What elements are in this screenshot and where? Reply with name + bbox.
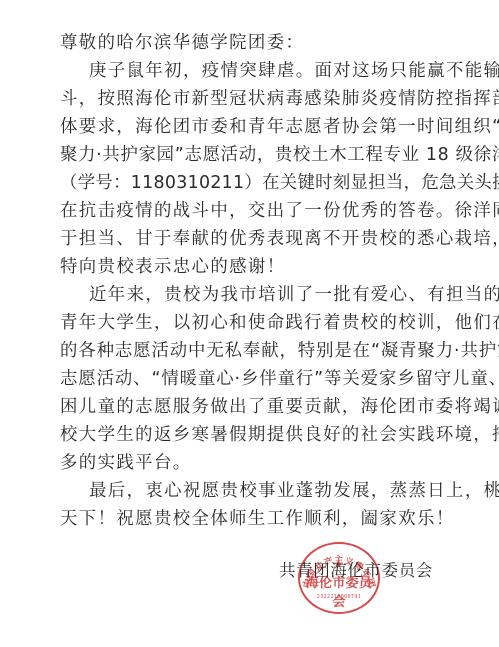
paragraph-1-line-2: 斗，按照海伦市新型冠状病毒感染肺炎疫情防控指挥部的总: [60, 85, 440, 113]
paragraph-1-line-8: 特向贵校表示忠心的感谢！: [60, 253, 440, 281]
paragraph-3-line-2: 天下！祝愿贵校全体师生工作顺利，阖家欢乐！: [60, 505, 440, 533]
paragraph-2-line-5: 困儿童的志愿服务做出了重要贡献，海伦团市委将竭诚为贵: [60, 393, 440, 421]
paragraph-1-line-7: 于担当、甘于奉献的优秀表现离不开贵校的悉心栽培，在此: [60, 225, 440, 253]
letter-page: 尊敬的哈尔滨华德学院团委： 庚子鼠年初，疫情突肆虐。面对这场只能赢不能输的战 斗…: [0, 0, 499, 647]
paragraph-1-line-5: （学号：1180310211）在关键时刻显担当，危急关头挑重担，: [60, 169, 440, 197]
paragraph-3-line-1: 最后，衷心祝愿贵校事业蓬勃发展，蒸蒸日上，桃李满: [89, 477, 439, 505]
signature: 共青团海伦市委员会: [279, 560, 433, 582]
paragraph-2-line-2: 青年大学生，以初心和使命践行着贵校的校训，他们在家乡: [60, 309, 440, 337]
paragraph-1-line-3: 体要求，海伦团市委和青年志愿者协会第一时间组织“凝青: [60, 113, 440, 141]
paragraph-2-line-1: 近年来，贵校为我市培训了一批有爱心、有担当的优秀: [89, 281, 439, 309]
paragraph-1-line-4: 聚力·共护家园”志愿活动，贵校土木工程专业 18 级徐洋同学: [60, 141, 440, 169]
paragraph-1-line-6: 在抗击疫情的战斗中，交出了一份优秀的答卷。徐洋同学勇: [60, 197, 440, 225]
paragraph-1-line-1: 庚子鼠年初，疫情突肆虐。面对这场只能赢不能输的战: [89, 57, 439, 85]
paragraph-2-line-4: 志愿活动、“情暖童心·乡伴童行”等关爱家乡留守儿童、贫: [60, 365, 440, 393]
salutation: 尊敬的哈尔滨华德学院团委：: [60, 29, 440, 57]
paragraph-2-line-3: 的各种志愿活动中无私奉献，特别是在“凝青聚力·共护家园”: [60, 337, 440, 365]
paragraph-2-line-7: 多的实践平台。: [60, 449, 440, 477]
seal-code: 2322210000791: [300, 594, 378, 600]
paragraph-2-line-6: 校大学生的返乡寒暑假期提供良好的社会实践环境，搭建更: [60, 421, 440, 449]
